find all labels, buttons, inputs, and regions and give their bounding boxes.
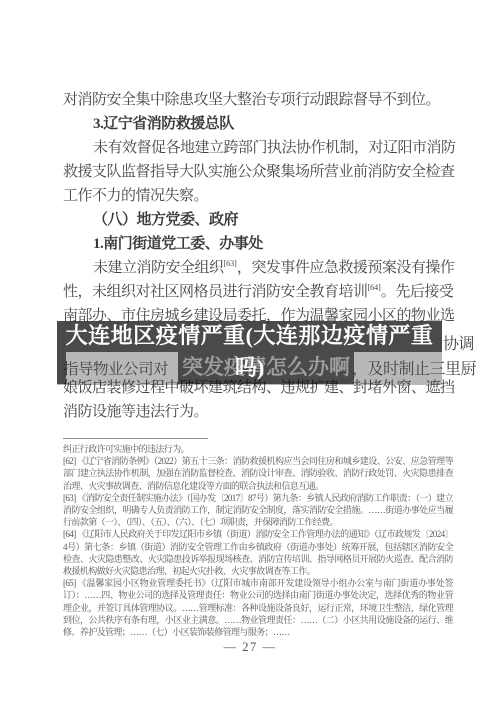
body-line: 1.南门街道党工委、办事处	[63, 232, 451, 256]
text-fragment: 协调	[443, 331, 474, 354]
page-number: — 27 —	[0, 640, 500, 655]
footnotes: 纠正行政许可实施中的违法行为。[62] 《辽宁省消防条例》（2022）第五十三条…	[63, 443, 453, 638]
footnote-item: 纠正行政许可实施中的违法行为。	[63, 443, 453, 455]
document-page: 对消防安全集中除患攻坚大整治专项行动跟踪督导不到位。3.辽宁省消防救援总队未有效…	[0, 0, 500, 707]
footnote-item: [65] 《温馨家园小区物业管理委托书》（辽阳市城市南部开发建设领导小组办公室与…	[63, 577, 453, 638]
banner-second-row: 突发疫情怎么办啊 吗)	[57, 352, 442, 385]
body-line: 对消防安全集中除患攻坚大整治专项行动跟踪督导不到位。	[63, 88, 451, 112]
body-line: 消防设施等违法行为。	[63, 400, 451, 424]
body-line: 3.辽宁省消防救援总队	[63, 112, 451, 136]
footnote-item: [63] 《消防安全责任制实施办法》（国办发〔2017〕87号）第九条：乡镇人民…	[63, 492, 453, 529]
body-line: 未有效督促各地建立跨部门执法协作机制，对辽阳市消防	[63, 136, 451, 160]
body-line: 未建立消防安全组织[63]，突发事件应急救援预案没有操作	[63, 256, 451, 280]
body-text-upper: 对消防安全集中除患攻坚大整治专项行动跟踪督导不到位。3.辽宁省消防救援总队未有效…	[63, 88, 451, 328]
body-line: 工作不力的情况失察。	[63, 184, 451, 208]
title-banner-overlay: 大连地区疫情严重(大连那边疫情严重 突发疫情怎么办啊 吗)	[57, 321, 442, 385]
banner-title-line2: 吗)	[57, 352, 442, 384]
body-line: 性，未组织对社区网格员进行消防安全教育培训[64]。先后接受	[63, 280, 451, 304]
footnote-item: [64] 《辽阳市人民政府关于印发辽阳市乡镇（街道）消防安全工作管理办法的通知》…	[63, 528, 453, 577]
body-line: （八）地方党委、政府	[63, 208, 451, 232]
banner-title-line1: 大连地区疫情严重(大连那边疫情严重	[57, 321, 442, 352]
footnote-item: [62] 《辽宁省消防条例》（2022）第五十三条：消防救援机构应当会同住房和城…	[63, 455, 453, 492]
footnote-divider	[63, 438, 208, 439]
body-line: 救援支队监督指导大队实施公众聚集场所营业前消防安全检查	[63, 160, 451, 184]
